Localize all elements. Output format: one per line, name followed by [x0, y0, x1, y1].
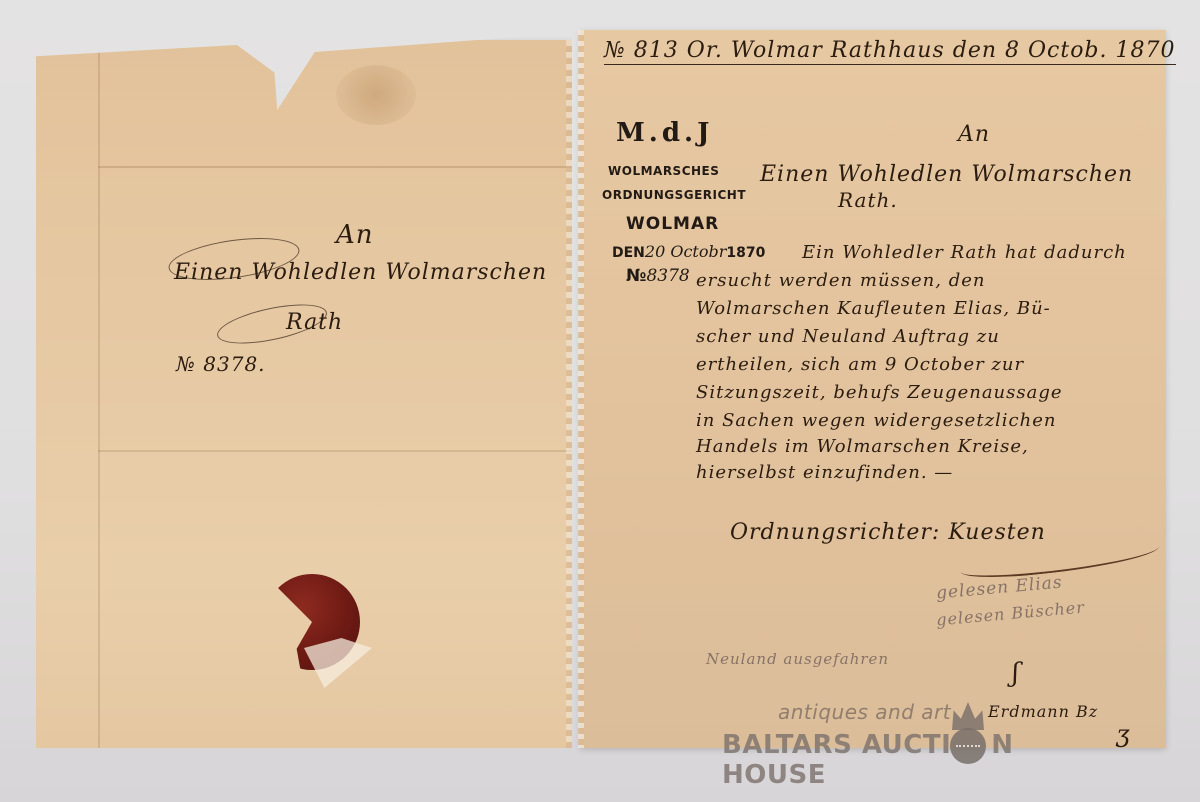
pencil-note-1: gelesen Elias [935, 573, 1063, 604]
signature-mark-top: ʃ [1012, 658, 1020, 688]
body-line: Handels im Wolmarschen Kreise, [696, 436, 1029, 457]
stamp-date-prefix: DEN [612, 245, 645, 261]
header-underline [604, 64, 1176, 65]
stamp-date: DEN20 Octobr1870 [612, 242, 765, 261]
body-line: Sitzungszeit, behufs Zeugenaussage [696, 382, 1063, 403]
recipient-line-1: Einen Wohledlen Wolmarschen [760, 162, 1133, 187]
stamp-number-prefix: № [626, 266, 646, 286]
torn-edge [578, 30, 584, 748]
address-line-2: Rath [286, 310, 343, 335]
envelope-back-sheet: An Einen Wohledlen Wolmarschen Rath № 83… [36, 40, 572, 748]
body-line: ersucht werden müssen, den [696, 270, 985, 291]
signature-mark-bottom: ʒ [1116, 720, 1131, 748]
address-an: An [336, 220, 374, 250]
stamp-number: №8378 [626, 266, 690, 286]
stamp-line-1: WOLMARSCHES [608, 164, 719, 178]
recipient-an: An [958, 122, 990, 147]
stamp-line-3: WOLMAR [626, 214, 719, 234]
fold-line-horizontal-top [98, 166, 572, 168]
address-line-1: Einen Wohledlen Wolmarschen [174, 260, 547, 285]
header-reference-text: № 813 Or. Wolmar Rathhaus den 8 Octob. 1… [604, 38, 1176, 63]
judge-signature: Ordnungsrichter: Kuesten [730, 520, 1046, 545]
stamp-number-handwritten: 8378 [646, 266, 689, 286]
seal-paper-tab [304, 638, 372, 688]
final-signature: Erdmann Bz [988, 702, 1098, 721]
body-line: scher und Neuland Auftrag zu [696, 326, 1000, 347]
recipient-line-2: Rath. [838, 188, 898, 212]
pencil-note-2: gelesen Büscher [935, 598, 1085, 630]
body-line: Ein Wohledler Rath hat dadurch [802, 242, 1127, 263]
body-line: Wolmarschen Kaufleuten Elias, Bü- [696, 298, 1051, 319]
torn-edge [566, 40, 572, 748]
paper-stain [336, 65, 416, 125]
pencil-note-3: Neuland ausgefahren [706, 650, 889, 668]
body-line: hierselbst einzufinden. — [696, 462, 953, 483]
letter-sheet: № 813 Or. Wolmar Rathhaus den 8 Octob. 1… [580, 30, 1166, 748]
stamp-date-year: 1870 [726, 245, 765, 261]
stamp-date-handwritten: 20 Octobr [645, 242, 726, 261]
header-reference: № 813 Or. Wolmar Rathhaus den 8 Octob. 1… [604, 38, 1176, 63]
fold-line-vertical [98, 40, 100, 748]
address-reference: № 8378. [176, 352, 266, 376]
stamp-monogram: M.d.J [616, 118, 713, 148]
fold-line-horizontal-bottom [98, 450, 572, 452]
body-line: in Sachen wegen widergesetzlichen [696, 410, 1056, 431]
stamp-line-2: ORDNUNGSGERICHT [602, 188, 746, 202]
body-line: ertheilen, sich am 9 October zur [696, 354, 1024, 375]
